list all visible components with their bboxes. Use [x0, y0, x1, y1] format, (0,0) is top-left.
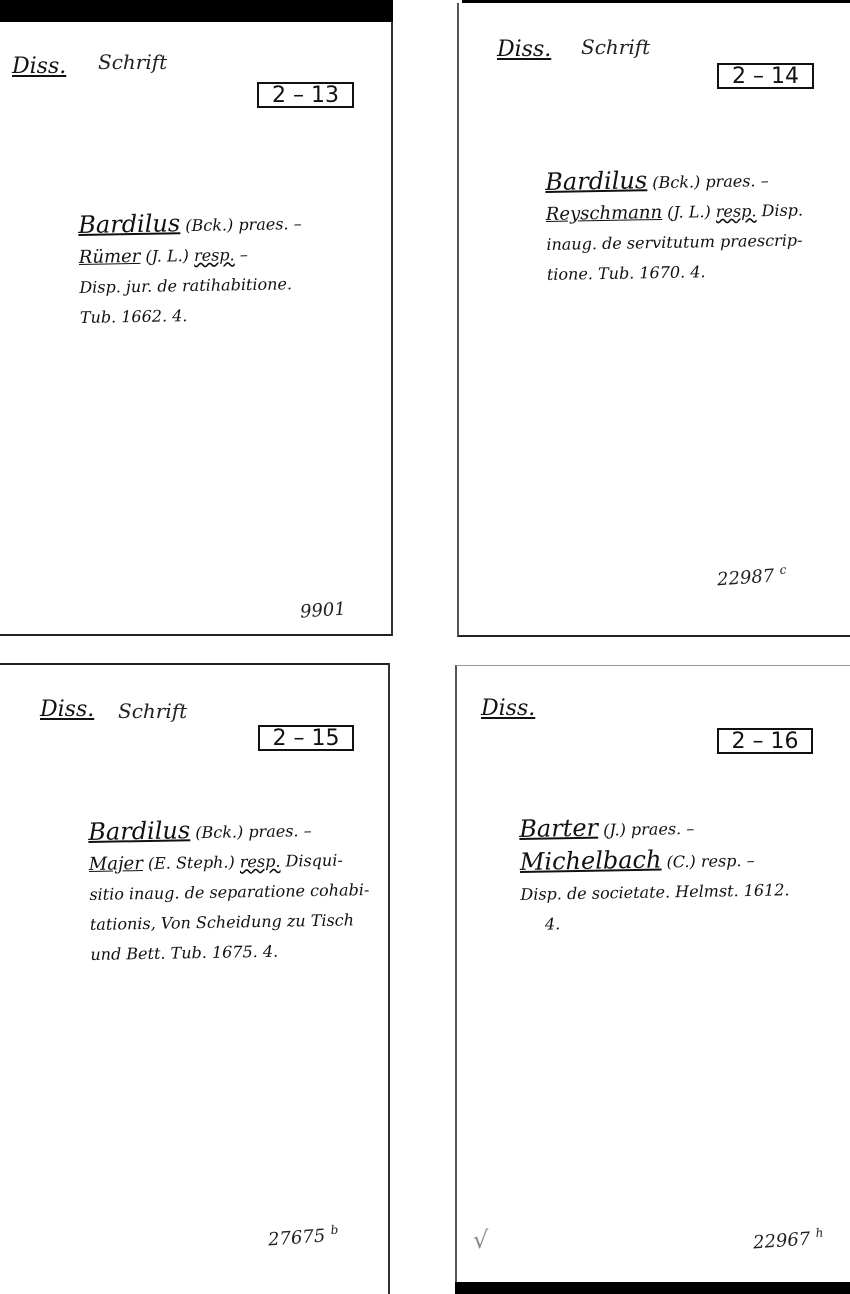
entry-line-imprint: Tub. 1662. 4. — [80, 299, 304, 333]
catalog-card-2-13: Diss. Schrift 2 – 13 Bardilus (Bck.) pra… — [0, 22, 393, 636]
card-subject: Schrift — [118, 699, 187, 723]
card-header-diss: Diss. — [481, 696, 535, 721]
entry-line-imprint: tione. Tub. 1670. 4. — [547, 255, 805, 289]
entry-line-praeses: Bardilus (Bck.) praes. – — [78, 206, 302, 243]
entry-line-title-cont: tationis, Von Scheidung zu Tisch — [90, 905, 370, 940]
bibliographic-entry: Bardilus (Bck.) praes. – Rümer (J. L.) r… — [78, 206, 303, 333]
call-number-box: 2 – 16 — [717, 728, 813, 754]
call-number-box: 2 – 13 — [257, 82, 354, 108]
entry-line-title: Disp. de societate. Helmst. 1612. — [520, 875, 790, 910]
entry-line-respondent: Michelbach (C.) resp. – — [520, 842, 790, 880]
bibliographic-entry: Bardilus (Bck.) praes. – Majer (E. Steph… — [88, 812, 371, 970]
catalog-card-2-15: Diss. Schrift 2 – 15 Bardilus (Bck.) pra… — [0, 663, 390, 1294]
scan-border-top-left — [0, 0, 393, 22]
accession-number: 9901 — [299, 598, 346, 622]
accession-number: 22987 c — [716, 563, 787, 591]
entry-line-respondent: Reyschmann (J. L.) resp. Disp. — [546, 196, 804, 230]
entry-line-praeses: Barter (J.) praes. – — [519, 809, 789, 847]
call-number-box: 2 – 15 — [258, 725, 354, 751]
entry-line-title: Disp. jur. de ratihabitione. — [79, 269, 303, 303]
accession-number: 27675 b — [267, 1223, 339, 1251]
card-subject: Schrift — [581, 35, 650, 59]
catalog-card-2-14: Diss. Schrift 2 – 14 Bardilus (Bck.) pra… — [457, 3, 850, 637]
check-mark-icon: √ — [473, 1226, 488, 1254]
card-header-diss: Diss. — [12, 54, 66, 79]
call-number-box: 2 – 14 — [717, 63, 814, 89]
card-subject: Schrift — [98, 50, 167, 74]
entry-line-title: sitio inaug. de separatione cohabi- — [89, 875, 369, 910]
accession-number: 22967 h — [752, 1226, 824, 1254]
scan-border-bottom-right — [455, 1282, 850, 1294]
entry-line-imprint: und Bett. Tub. 1675. 4. — [90, 935, 370, 970]
card-header-diss: Diss. — [497, 37, 551, 62]
card-header-diss: Diss. — [40, 697, 94, 722]
entry-line-respondent: Majer (E. Steph.) resp. Disqui- — [89, 845, 369, 880]
entry-line-format: 4. — [521, 905, 791, 940]
entry-line-respondent: Rümer (J. L.) resp. – — [79, 239, 303, 273]
entry-line-praeses: Bardilus (Bck.) praes. – — [88, 812, 369, 850]
catalog-card-2-16: Diss. 2 – 16 Barter (J.) praes. – Michel… — [455, 665, 850, 1282]
bibliographic-entry: Bardilus (Bck.) praes. – Reyschmann (J. … — [545, 163, 804, 290]
bibliographic-entry: Barter (J.) praes. – Michelbach (C.) res… — [519, 809, 790, 940]
entry-line-praeses: Bardilus (Bck.) praes. – — [545, 163, 803, 200]
entry-line-title: inaug. de servitutum praescrip- — [546, 226, 804, 260]
